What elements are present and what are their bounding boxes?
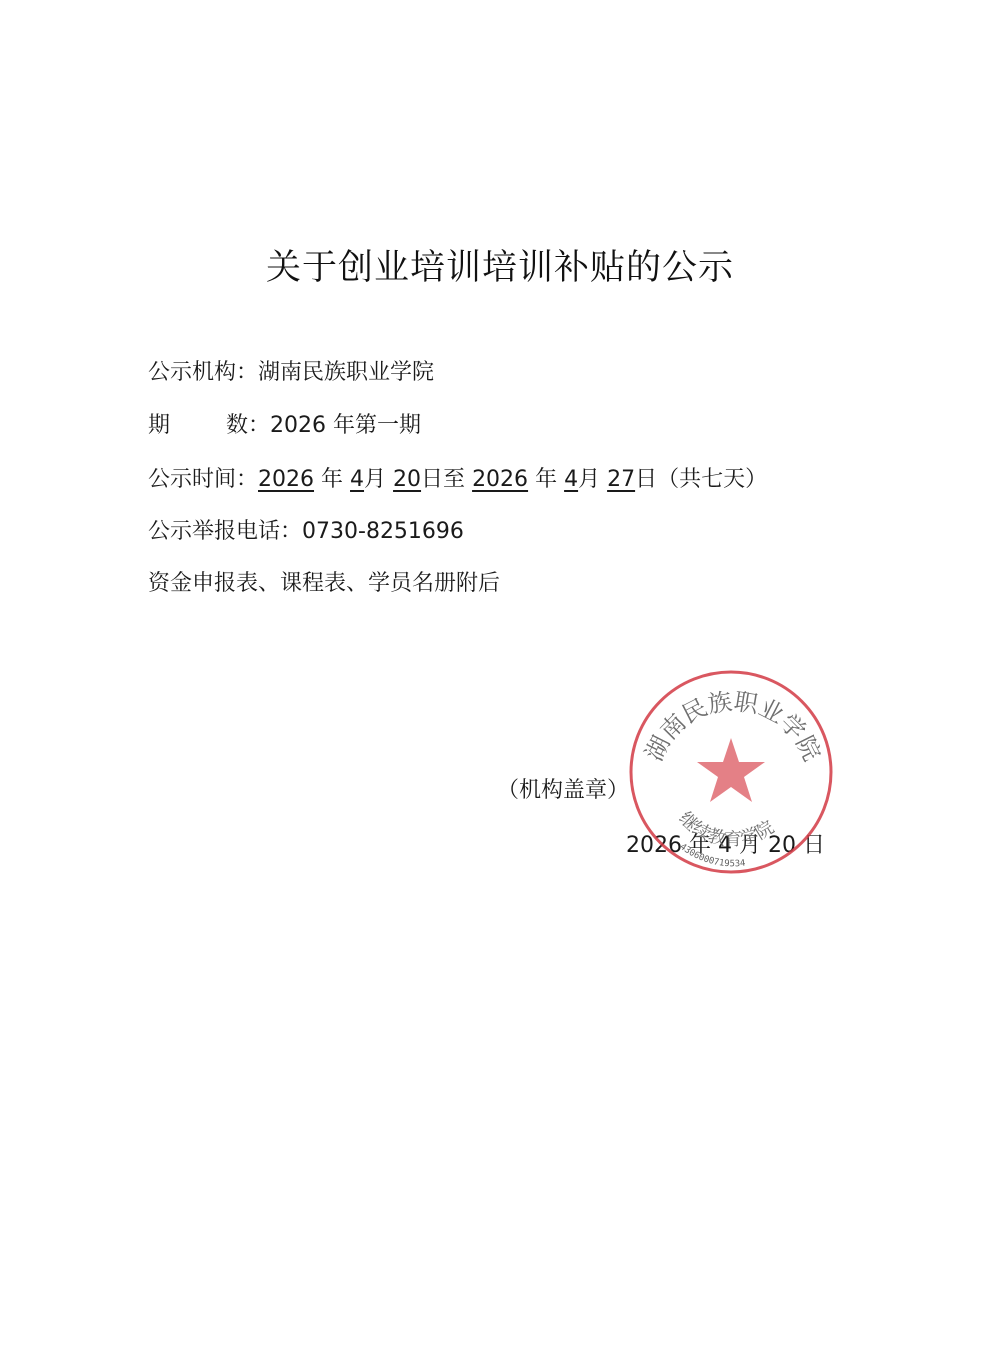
day-duration: 日（共七天）	[635, 467, 767, 492]
phone-value: 0730-8251696	[302, 519, 464, 544]
period-line: 期数：2026 年第一期	[148, 408, 421, 439]
end-month: 4	[564, 467, 578, 492]
start-month: 4	[350, 467, 364, 492]
end-year: 2026	[472, 467, 528, 492]
start-day: 20	[393, 467, 421, 492]
month-char: 月	[578, 467, 600, 492]
month-char: 月	[364, 467, 386, 492]
start-year: 2026	[258, 467, 314, 492]
phone-label: 公示举报电话：	[148, 519, 302, 544]
year-char: 年	[535, 467, 557, 492]
period-value: 2026 年第一期	[270, 413, 421, 438]
svg-text:继续教育学院: 继续教育学院	[675, 808, 778, 850]
official-stamp-icon: 湖南民族职业学院 继续教育学院 4306000719534	[627, 668, 835, 876]
document-title: 关于创业培训培训补贴的公示	[0, 240, 1000, 290]
year-char: 年	[321, 467, 343, 492]
org-value: 湖南民族职业学院	[258, 360, 434, 385]
org-line: 公示机构：湖南民族职业学院	[148, 355, 434, 386]
period-label-a: 期	[148, 413, 170, 438]
seal-label: （机构盖章）	[497, 773, 629, 804]
phone-line: 公示举报电话：0730-8251696	[148, 514, 464, 545]
time-label: 公示时间：	[148, 467, 258, 492]
day-to-char: 日至	[421, 467, 465, 492]
org-label: 公示机构：	[148, 360, 258, 385]
period-label-b: 数：	[226, 413, 270, 438]
end-day: 27	[607, 467, 635, 492]
time-line: 公示时间：2026 年 4月 20日至 2026 年 4月 27日（共七天）	[148, 462, 767, 493]
attachments-line: 资金申报表、课程表、学员名册附后	[148, 566, 500, 597]
